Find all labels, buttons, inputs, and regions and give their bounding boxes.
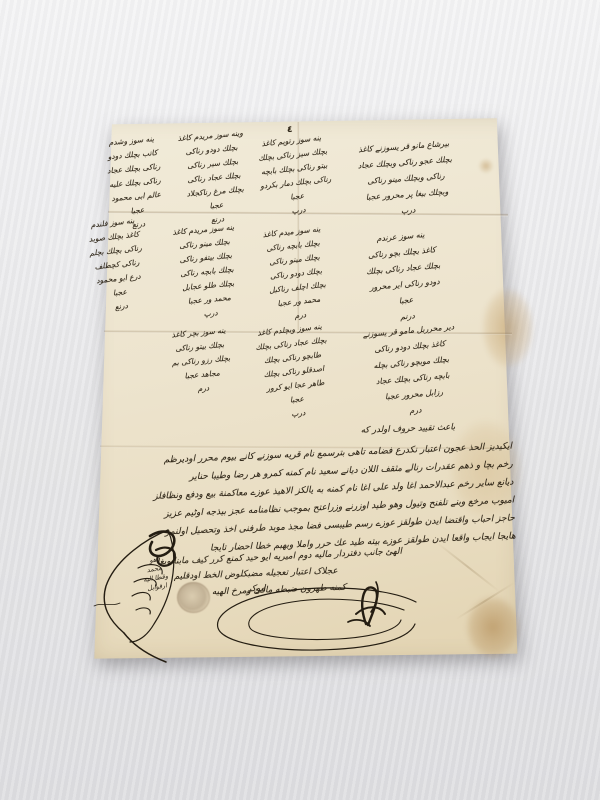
name-roster-block-r3c1: ینه سوز بچر کاغذ بچلك بیتو رناکی بچلك رز… <box>155 322 247 399</box>
signature-flourish <box>208 580 423 658</box>
name-roster-block-r2c2: ینه سوز مریدم کاغذ بچلك مینو رناکی بچلك … <box>158 219 256 324</box>
name-roster-block-r3c2: ینه سوز وبچلدم کاغذ بچلك عجاد رناکی بچلك… <box>241 318 347 425</box>
name-roster-block-r2c4: ینه سوز عرندم کاغذ بچلك بچو رناکی بچلك ع… <box>334 223 474 330</box>
name-roster-block-r1c3: ینه سوز رتویم کاغذ بچلك سیز رناکی بچلك ب… <box>248 130 342 223</box>
name-roster-block-r1c2: وینه سوز مریدم کاغذ بچلك دودو رناکی بچلك… <box>168 126 260 231</box>
name-roster-block-r3c3: دیر محرربل مامو قر یسوزنے کاغذ بچلك دودو… <box>344 318 480 425</box>
name-roster-block-r2c1: ینه سوز فلندم کاغذ بچلك صوبد رناکی بچلك … <box>74 212 160 317</box>
photo-background: ٤ ینه سوز وشدم کاتب بچلك دودو رناکی بچلك… <box>0 0 600 800</box>
name-roster-block-r1c4: بیرشاع مانو قر یسوزنے کاغذ بچلك عجو رناک… <box>337 134 474 223</box>
name-roster-block-r2c3: ینه سوز میدم کاغذ بچلك بابچه رناکی بچلك … <box>247 221 345 328</box>
